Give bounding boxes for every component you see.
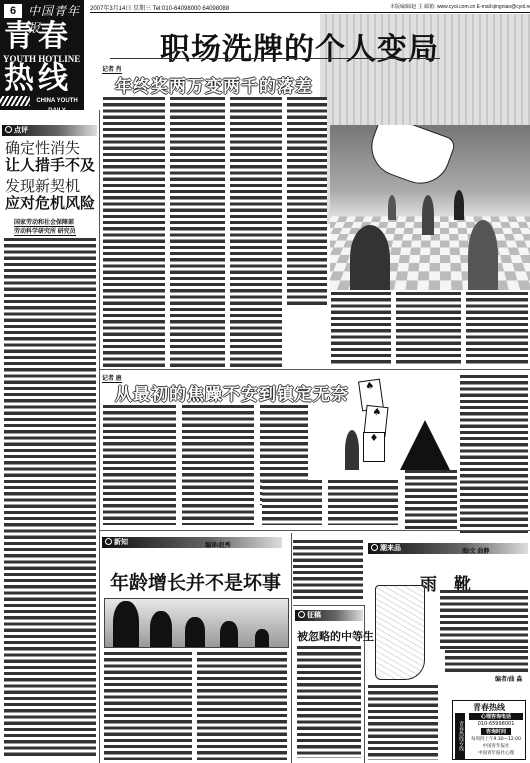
section-tag-icon (371, 544, 378, 551)
silhouettes-photo (104, 598, 289, 648)
editor-line: 本版编辑/赵 主 邮箱: www.cyol.com.cn E-mail:qing… (390, 3, 530, 10)
hotline-side-label: 青春热线专线 (455, 713, 465, 759)
article5-signoff: 编者/曲 淼 (495, 674, 522, 683)
article3-body-col2 (197, 652, 287, 760)
rain-boot-illustration (375, 585, 425, 680)
article1-body-col6 (396, 292, 461, 364)
article5-body-col2 (368, 685, 438, 760)
article5-credit: 图/文 曲静 (462, 546, 489, 555)
person-silhouette-icon (255, 629, 269, 647)
headline-rule (110, 58, 440, 59)
section-tag-icon (298, 611, 305, 618)
woman-figure-icon (350, 225, 390, 290)
column-divider (291, 533, 292, 763)
woman-figure-icon (468, 220, 498, 290)
triangle-shape-icon (400, 420, 450, 470)
person-silhouette-icon (113, 601, 139, 647)
commentary-title-3: 发现新契机 (5, 178, 80, 195)
article1-body-col2 (170, 97, 225, 367)
section-tag-trend: 潮来品 (368, 543, 528, 554)
section-masthead: 6 中国青年报 青春 YOUTH HOTLINE 热线 (0, 0, 84, 110)
commentary-byline-2: 劳动科学研究所 研究员 (14, 226, 76, 236)
article4-body (297, 646, 361, 758)
hand-icon (363, 125, 457, 192)
article4-title: 被忽略的中等生 (297, 628, 374, 644)
person-silhouette-icon (185, 617, 205, 647)
article2-body-col5 (328, 480, 398, 525)
main-headline: 职场洗牌的个人变局 (160, 24, 439, 68)
article5-body-col3 (445, 650, 528, 672)
dateline: 2007年3月14日 星期三 Tel:010-64098000 64098088 (90, 3, 229, 12)
hotline-org2: 中国青年报社心理 (469, 750, 523, 756)
section-title-bottom: 热线 (4, 64, 72, 94)
left-column-divider (99, 110, 100, 763)
hotline-box-title: 青春热线 (453, 702, 525, 713)
person-figure-icon (388, 195, 396, 220)
section-tag-call-for-papers: 征稿 (295, 610, 363, 621)
section-tag-icon (105, 538, 112, 545)
section-tag-commentary: 点评 (2, 125, 97, 136)
top-rule (90, 12, 530, 13)
person-silhouette-icon (150, 611, 172, 647)
article2-title: 从最初的焦躁不安到镇定无奈 (115, 380, 349, 405)
hotline-phone: 010-65998001 (469, 721, 523, 727)
article2-body-col4 (262, 480, 322, 525)
hotline-org1: 中国青年报社 (469, 743, 523, 749)
hotline-time-label: 咨询时间 (481, 728, 511, 735)
article3-credit: 编译/赵秀 (205, 540, 231, 549)
article1-body-col3 (230, 97, 282, 367)
hotline-hours: 每周四上午9:30—12:00 (467, 736, 525, 742)
person-with-card-icon (345, 430, 359, 470)
article3-body-col3 (293, 540, 363, 600)
playing-cards-illustration: ♠ ♠ ♦ (345, 380, 455, 480)
hotline-info-box: 青春热线 青春热线专线 心理咨询电话 010-65998001 咨询时间 每周四… (452, 700, 526, 760)
commentary-body-text (4, 238, 96, 758)
article2-body-col1 (103, 405, 176, 525)
section-tag-newknowledge: 新知 (102, 537, 282, 548)
article-divider (100, 530, 530, 531)
masthead-subtitle: CHINA YOUTH DAILY (30, 96, 84, 106)
commentary-title-2: 让人措手不及 (5, 157, 95, 174)
page-number: 6 (4, 4, 22, 18)
article3-body-col1 (104, 652, 192, 760)
chessboard-illustration (330, 125, 530, 290)
card-icon: ♦ (363, 432, 385, 462)
article-divider (100, 369, 530, 370)
article2-body-col6 (460, 375, 528, 535)
article3-title: 年龄增长并不是坏事 (110, 568, 281, 595)
article1-body-col1 (103, 97, 165, 367)
section-title-top: 青春 (4, 22, 72, 52)
article1-body-col5 (331, 292, 391, 364)
person-figure-icon (422, 195, 434, 235)
hotline-phone-label: 心理咨询电话 (469, 713, 523, 720)
article1-title: 年终奖两万变两千的落差 (115, 72, 313, 97)
article1-body-col4 (287, 97, 327, 307)
commentary-title-4: 应对危机风险 (5, 195, 95, 212)
person-silhouette-icon (220, 621, 238, 647)
section-tag-icon (5, 126, 12, 133)
commentary-title-1: 确定性消失 (5, 140, 80, 157)
person-figure-icon (454, 190, 464, 220)
article5-body-col1 (440, 590, 528, 650)
article2-body-col2 (182, 405, 254, 525)
article1-body-col7 (466, 292, 528, 364)
